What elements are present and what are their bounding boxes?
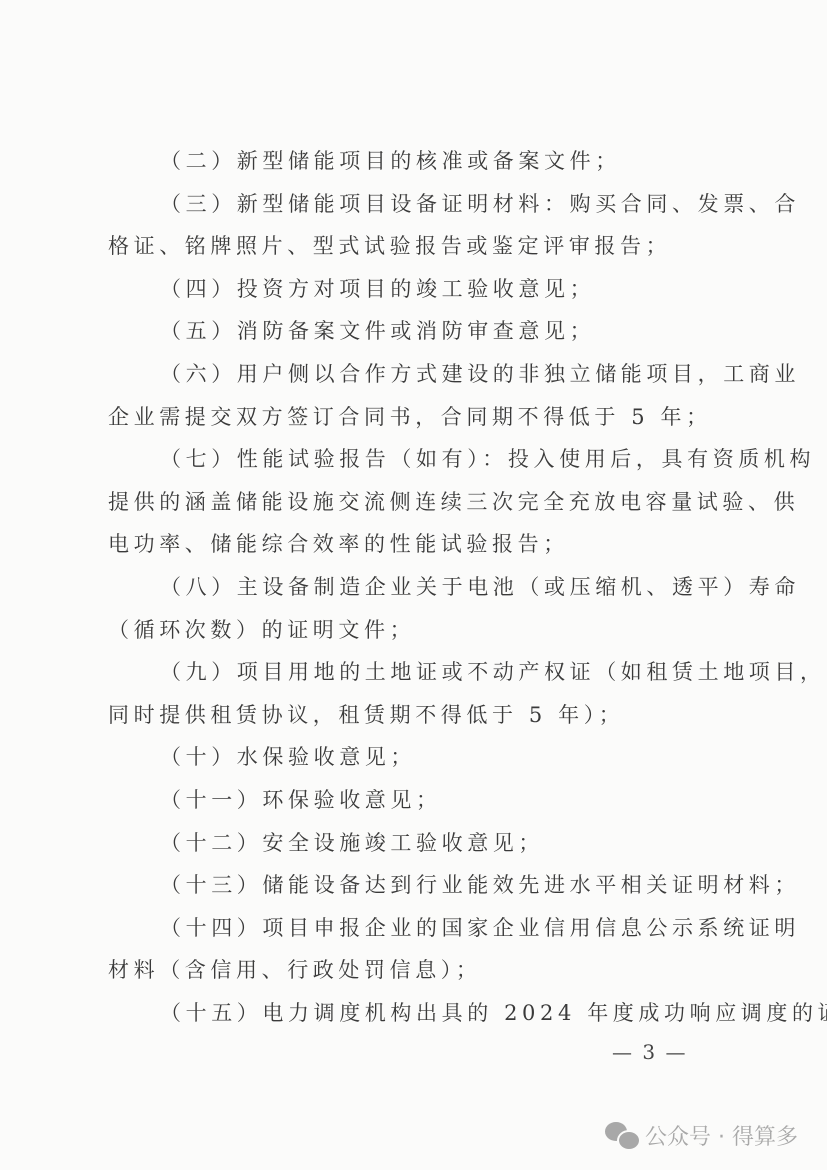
list-item-7-cont-1: 提供的涵盖储能设施交流侧连续三次完全充放电容量试验、供 — [108, 481, 720, 524]
list-item-3-cont: 格证、铭牌照片、型式试验报告或鉴定评审报告； — [108, 225, 720, 268]
list-item-7-cont-2: 电功率、储能综合效率的性能试验报告； — [108, 523, 720, 566]
watermark: 公众号 · 得算多 — [605, 1120, 798, 1151]
list-item-12: （十二）安全设施竣工验收意见； — [108, 822, 720, 865]
watermark-text: 公众号 · 得算多 — [645, 1120, 798, 1151]
list-item-6: （六）用户侧以合作方式建设的非独立储能项目，工商业 — [108, 353, 720, 396]
list-item-9: （九）项目用地的土地证或不动产权证（如租赁土地项目， — [108, 651, 720, 694]
list-item-2: （二）新型储能项目的核准或备案文件； — [108, 140, 720, 183]
list-item-9-cont: 同时提供租赁协议，租赁期不得低于 5 年）； — [108, 694, 720, 737]
list-item-15: （十五）电力调度机构出具的 2024 年度成功响应调度的证 — [108, 992, 720, 1035]
page-number: — 3 — — [612, 1040, 687, 1064]
list-item-14: （十四）项目申报企业的国家企业信用信息公示系统证明 — [108, 907, 720, 950]
list-item-8-cont: （循环次数）的证明文件； — [108, 609, 720, 652]
list-item-6-cont: 企业需提交双方签订合同书，合同期不得低于 5 年； — [108, 396, 720, 439]
list-item-7: （七）性能试验报告（如有）：投入使用后，具有资质机构 — [108, 438, 720, 481]
list-item-3: （三）新型储能项目设备证明材料：购买合同、发票、合 — [108, 183, 720, 226]
list-item-14-cont: 材料（含信用、行政处罚信息）； — [108, 949, 720, 992]
document-page: （二）新型储能项目的核准或备案文件； （三）新型储能项目设备证明材料：购买合同、… — [0, 0, 827, 1170]
list-item-5: （五）消防备案文件或消防审查意见； — [108, 310, 720, 353]
list-item-13: （十三）储能设备达到行业能效先进水平相关证明材料； — [108, 864, 720, 907]
list-item-11: （十一）环保验收意见； — [108, 779, 720, 822]
wechat-icon — [605, 1122, 639, 1150]
list-item-10: （十）水保验收意见； — [108, 736, 720, 779]
document-body: （二）新型储能项目的核准或备案文件； （三）新型储能项目设备证明材料：购买合同、… — [108, 140, 720, 1034]
list-item-8: （八）主设备制造企业关于电池（或压缩机、透平）寿命 — [108, 566, 720, 609]
list-item-4: （四）投资方对项目的竣工验收意见； — [108, 268, 720, 311]
